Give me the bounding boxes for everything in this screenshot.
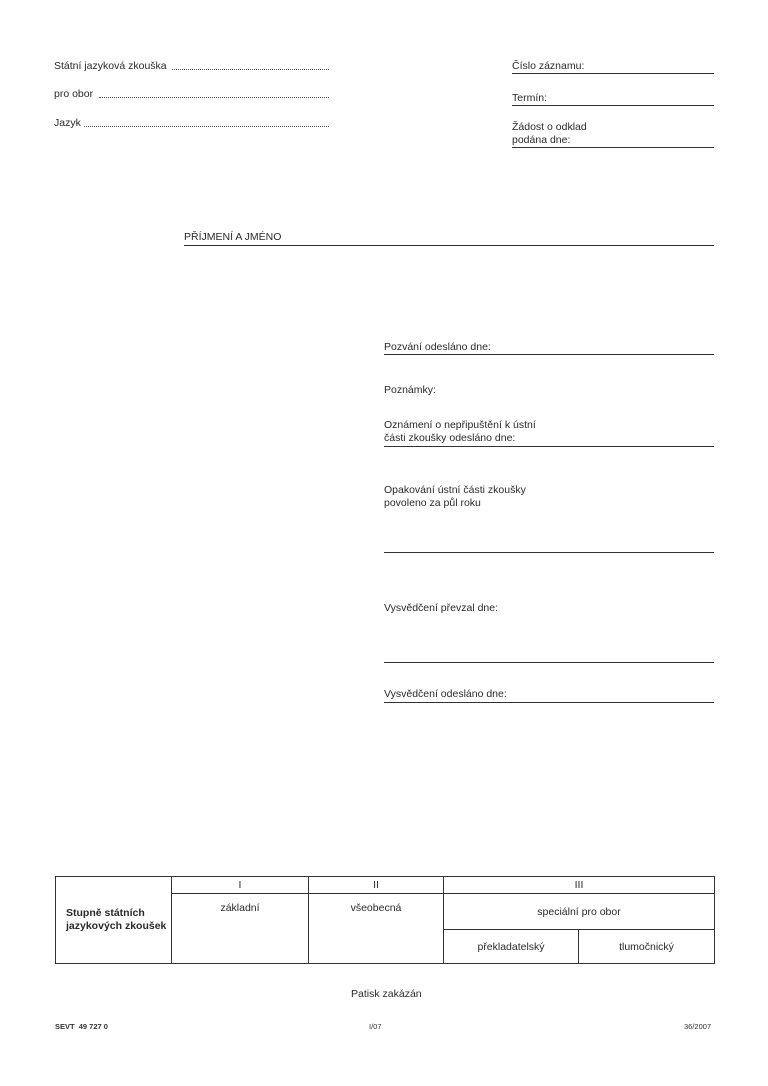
record-number-line[interactable] [512,73,714,74]
name-line[interactable] [184,245,714,246]
term-label: Termín: [512,92,547,105]
record-number-label: Číslo záznamu: [512,60,584,73]
deferral-label-1: Žádost o odklad [512,121,587,134]
edition: I/07 [369,1022,382,1031]
exam-levels-table: Stupně státních jazykových zkoušek I II … [55,876,715,964]
repeat-label-2: povoleno za půl roku [384,497,481,510]
invitation-sent-line[interactable] [384,354,714,355]
level-3-header: III [444,877,715,894]
certificate-received-label: Vysvědčení převzal dne: [384,602,498,615]
repeat-line[interactable] [384,552,714,553]
rejection-line[interactable] [384,446,714,447]
name-label: PŘÍJMENÍ A JMÉNO [184,231,281,244]
subtype-interpreter: tlumočnický [579,930,715,964]
level-special: speciální pro obor [444,894,715,930]
form-code: SEVT 49 727 0 [55,1022,108,1031]
level-basic: základní [172,894,309,964]
deferral-label-2: podána dne: [512,134,570,147]
form-date: 36/2007 [684,1022,711,1031]
language-label: Jazyk [54,117,81,130]
subtype-translator: překladatelský [444,930,579,964]
level-2-header: II [309,877,444,894]
certificate-sent-label: Vysvědčení odesláno dne: [384,688,507,701]
notes-label: Poznámky: [384,384,436,397]
levels-row-header: Stupně státních jazykových zkoušek [56,877,172,964]
language-input-line[interactable] [84,126,329,127]
field-input-line[interactable] [99,97,329,98]
level-1-header: I [172,877,309,894]
level-general: všeobecná [309,894,444,964]
certificate-received-line[interactable] [384,662,714,663]
exam-label: Státní jazyková zkouška [54,60,167,73]
rejection-label-2: části zkoušky odesláno dne: [384,432,515,445]
reprint-notice: Patisk zakázán [351,988,422,1001]
rejection-label-1: Oznámení o nepřipuštění k ústní [384,419,536,432]
field-label: pro obor [54,88,93,101]
repeat-label-1: Opakování ústní části zkoušky [384,484,526,497]
certificate-sent-line[interactable] [384,702,714,703]
term-line[interactable] [512,105,714,106]
invitation-sent-label: Pozvání odesláno dne: [384,341,491,354]
exam-input-line[interactable] [172,69,329,70]
deferral-line[interactable] [512,147,714,148]
